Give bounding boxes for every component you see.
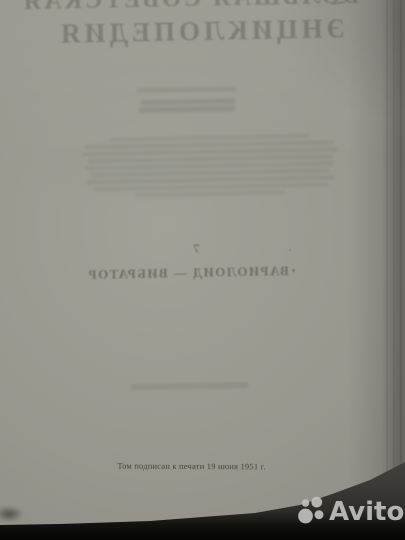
avito-brand-text: Avito (329, 494, 404, 530)
shadow-smudge (0, 506, 24, 522)
avito-watermark: Avito (293, 494, 404, 530)
avito-dots-icon (293, 494, 327, 530)
lighting-sheen (0, 0, 405, 540)
book-page: БОЛЬШАЯ СОВЕТСКАЯ ЭНЦИКЛОПЕДИЯ 7 ВАРИОЛО… (0, 0, 405, 540)
book-photo: БОЛЬШАЯ СОВЕТСКАЯ ЭНЦИКЛОПЕДИЯ 7 ВАРИОЛО… (0, 0, 405, 540)
